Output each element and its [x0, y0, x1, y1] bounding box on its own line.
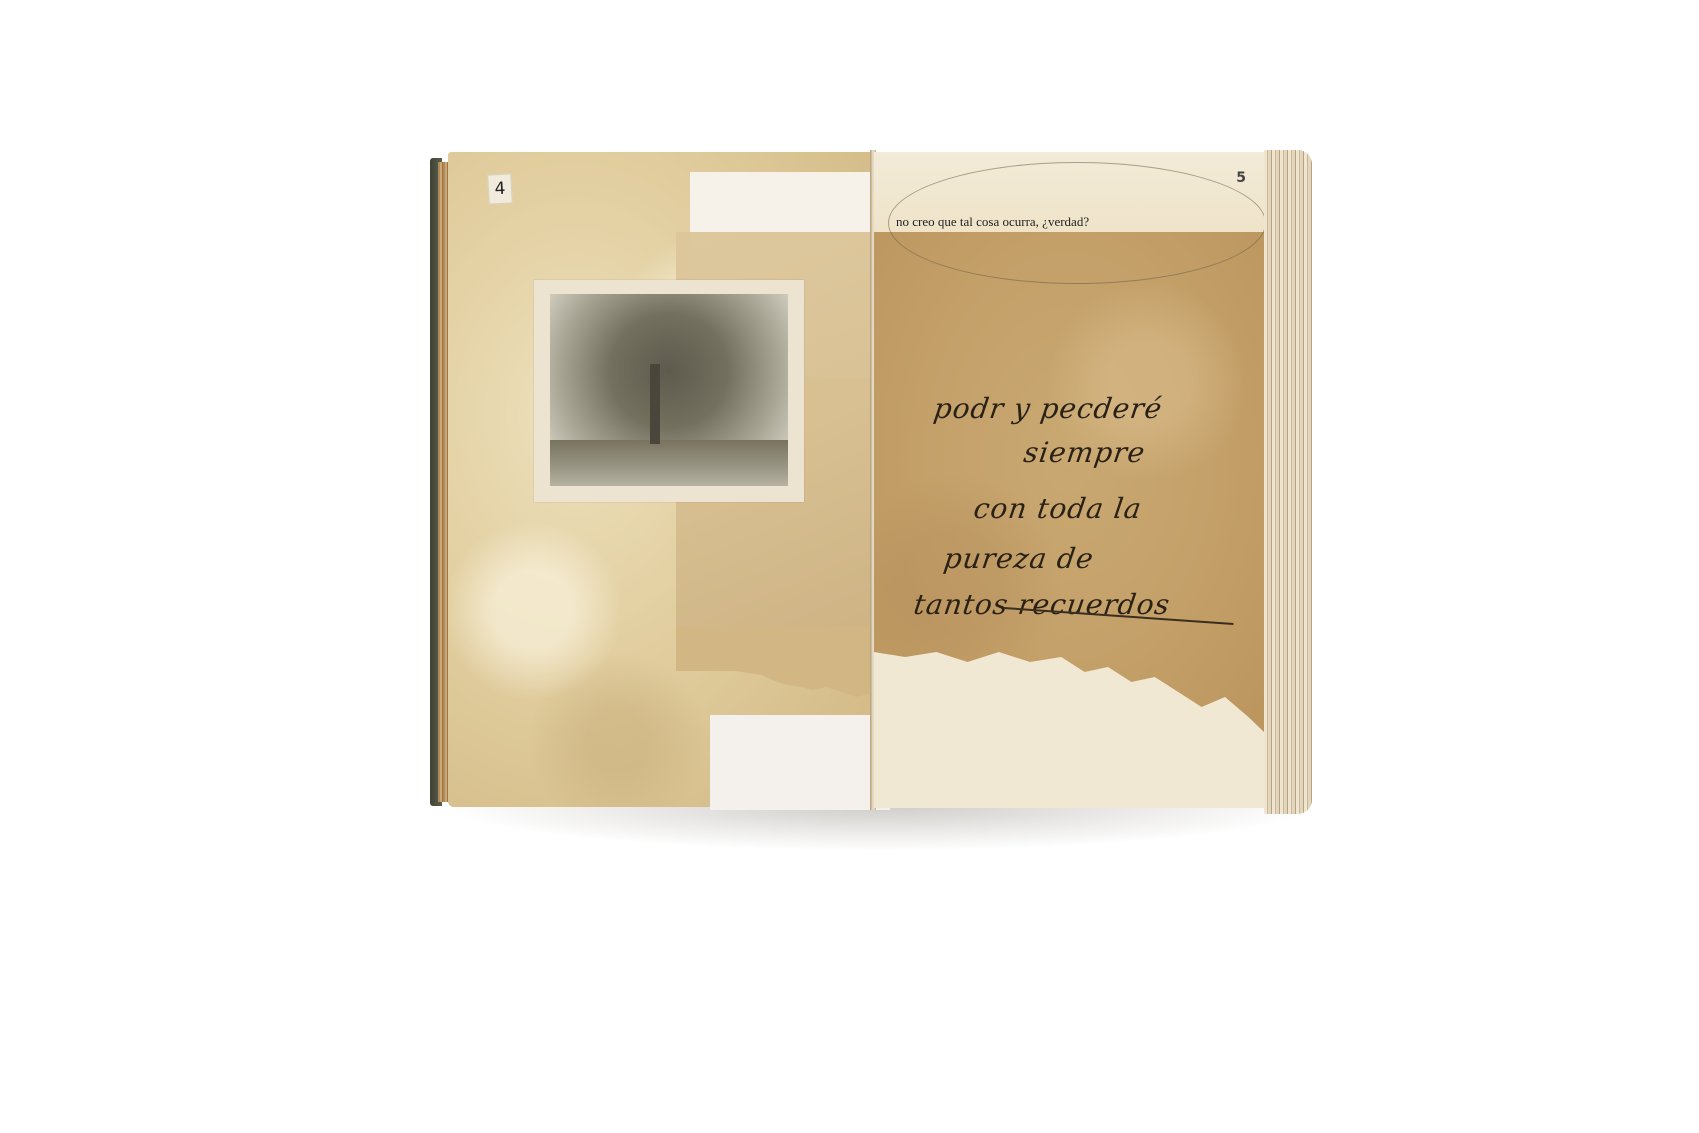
- handwriting-line: con toda la: [972, 492, 1144, 525]
- open-notebook: 4 5 no creo que tal cosa ocurra, ¿verdad…: [430, 150, 1312, 818]
- handwriting-line: pureza de: [942, 542, 1096, 575]
- pencil-ellipse: [888, 162, 1266, 284]
- handwriting-line: podr y pecderé: [932, 392, 1165, 425]
- right-page: 5 no creo que tal cosa ocurra, ¿verdad? …: [874, 152, 1264, 808]
- tree-photograph: [534, 280, 804, 502]
- white-paper-bottom: [710, 715, 890, 810]
- photo-image-area: [550, 294, 788, 486]
- left-page: 4: [448, 152, 872, 807]
- page-number-left: 4: [487, 173, 513, 204]
- right-page-block-edges: [1264, 150, 1312, 814]
- handwriting-line: siempre: [1022, 436, 1148, 469]
- page-number-right: 5: [1236, 170, 1246, 186]
